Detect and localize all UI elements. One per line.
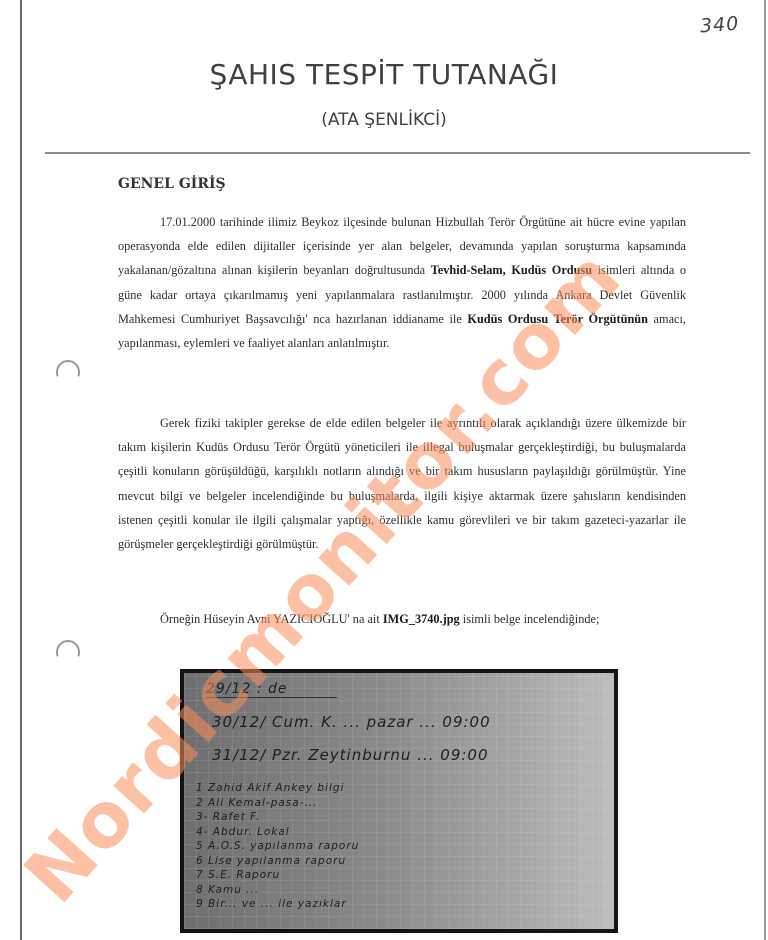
scan-page-edge-right bbox=[764, 0, 766, 940]
section-heading: GENEL GİRİŞ bbox=[118, 176, 226, 192]
title-divider bbox=[45, 152, 750, 154]
document-subtitle: (ATA ŞENLİKCİ) bbox=[0, 110, 768, 130]
paragraph-2: Gerek fiziki takipler gerekse de elde ed… bbox=[118, 411, 686, 556]
note-list-item: 2 Ali Kemal-pasa-... bbox=[196, 796, 359, 811]
note-list-item: 6 Lise yapılanma raporu bbox=[196, 854, 359, 869]
punch-hole-icon bbox=[56, 360, 80, 378]
note-list: 1 Zahid Akif Ankey bilgi2 Ali Kemal-pasa… bbox=[196, 781, 359, 912]
note-list-item: 4- Abdur. Lokal bbox=[196, 825, 359, 840]
scan-page-edge-left bbox=[20, 0, 22, 940]
document-title: ŞAHIS TESPİT TUTANAĞI bbox=[0, 58, 768, 91]
paragraph-1: 17.01.2000 tarihinde ilimiz Beykoz ilçes… bbox=[118, 210, 686, 355]
note-line: 31/12/ Pzr. Zeytinburnu ... 09:00 bbox=[212, 746, 489, 764]
note-list-item: 1 Zahid Akif Ankey bilgi bbox=[196, 781, 359, 796]
paragraph-3: Örneğin Hüseyin Avni YAZICIOĞLU' na ait … bbox=[118, 607, 686, 631]
note-list-item: 9 Bir... ve ... ile yazıklar bbox=[196, 897, 359, 912]
handwritten-page-number: 340 bbox=[699, 13, 740, 38]
note-list-item: 5 A.O.S. yapılanma raporu bbox=[196, 839, 359, 854]
punch-hole-icon bbox=[56, 640, 80, 658]
note-line: 30/12/ Cum. K. ... pazar ... 09:00 bbox=[212, 713, 491, 731]
note-list-item: 3- Rafet F. bbox=[196, 810, 359, 825]
note-date-header: 29/12 : de bbox=[206, 681, 337, 698]
handwritten-note-image: 29/12 : de 30/12/ Cum. K. ... pazar ... … bbox=[180, 669, 618, 933]
note-list-item: 7 S.E. Raporu bbox=[196, 868, 359, 883]
note-list-item: 8 Kamu ... bbox=[196, 883, 359, 898]
